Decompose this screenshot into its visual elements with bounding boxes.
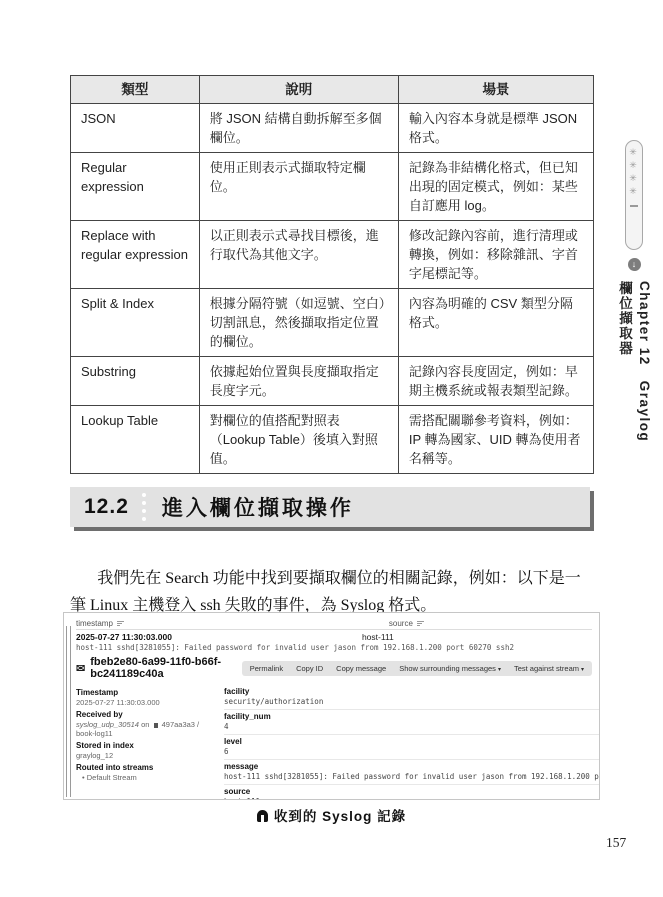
cell-type: Replace with regular expression: [71, 221, 200, 289]
cell-desc: 根據分隔符號（如逗號、空白）切割訊息，然後擷取指定位置的欄位。: [199, 289, 398, 357]
result-column-header: timestamp source: [76, 613, 592, 629]
meta-index-label: Stored in index: [76, 741, 216, 750]
message-fields-list: facility security/authorization facility…: [224, 685, 600, 800]
copy-id-button[interactable]: Copy ID: [296, 664, 323, 673]
cell-scene: 輸入內容本身就是標準 JSON 格式。: [398, 104, 593, 153]
cell-scene: 記錄為非結構化格式，但已知出現的固定模式，例如：某些自訂應用 log。: [398, 153, 593, 221]
field-row: facility security/authorization: [224, 685, 600, 710]
field-value: host-111 sshd[3281055]: Failed password …: [224, 772, 600, 781]
figure-caption: 收到的 Syslog 記錄: [63, 805, 600, 825]
field-value: host-111: [224, 797, 600, 800]
section-number: 12.2: [84, 495, 129, 519]
message-actions-group: Permalink Copy ID Copy message Show surr…: [242, 661, 592, 676]
page-number: 157: [606, 835, 626, 851]
cell-type: Regular expression: [71, 153, 200, 221]
cell-desc: 依據起始位置與長度擷取指定長度字元。: [199, 357, 398, 406]
message-id: fbeb2e80-6a99-11f0-b66f-bc241189c40a: [90, 656, 242, 680]
stream-list-item[interactable]: • Default Stream: [76, 773, 216, 782]
test-against-stream-dropdown[interactable]: Test against stream▾: [514, 664, 584, 673]
field-value: 6: [224, 747, 600, 756]
cell-type: Lookup Table: [71, 406, 200, 474]
graylog-screenshot: timestamp source 2025-07-27 11:30:03.000…: [63, 612, 600, 800]
figure-caption-text: 收到的 Syslog 記錄: [274, 809, 406, 824]
sort-icon[interactable]: [417, 620, 424, 626]
show-surrounding-messages-dropdown[interactable]: Show surrounding messages▾: [399, 664, 501, 673]
field-row: facility_num 4: [224, 710, 600, 735]
message-summary: host-111 sshd[3281055]: Failed password …: [76, 643, 592, 652]
field-row: source host-111: [224, 785, 600, 800]
table-row: Lookup Table 對欄位的值搭配對照表（Lookup Table）後填入…: [71, 406, 594, 474]
source-column-label[interactable]: source: [389, 619, 413, 628]
message-timestamp: 2025-07-27 11:30:03.000: [76, 632, 172, 642]
field-row: message host-111 sshd[3281055]: Failed p…: [224, 760, 600, 785]
cell-scene: 記錄內容長度固定，例如：早期主機系統或報表類型記錄。: [398, 357, 593, 406]
field-value: 4: [224, 722, 600, 731]
stream-name: Default Stream: [87, 773, 137, 782]
table-row: JSON 將 JSON 結構自動拆解至多個欄位。 輸入內容本身就是標準 JSON…: [71, 104, 594, 153]
extractor-type-table: 類型 說明 場景 JSON 將 JSON 結構自動拆解至多個欄位。 輸入內容本身…: [70, 75, 594, 474]
meta-index-value: graylog_12: [76, 751, 216, 760]
message-accent-bar: [66, 626, 71, 797]
chapter-edge-tab: ✳✳✳✳ ↓ Chapter 12 Graylog 欄位擷取器: [617, 140, 651, 461]
sort-icon[interactable]: [117, 620, 124, 626]
message-source: host-111: [362, 632, 394, 642]
body-paragraph: 我們先在 Search 功能中找到要擷取欄位的相關記錄，例如：以下是一筆 Lin…: [70, 565, 596, 619]
down-arrow-icon: ↓: [628, 258, 641, 271]
node-icon: [154, 723, 158, 728]
table-header-row: 類型 說明 場景: [71, 76, 594, 104]
section-title: 進入欄位擷取操作: [162, 492, 354, 522]
meta-streams-label: Routed into streams: [76, 763, 216, 772]
meta-timestamp-label: Timestamp: [76, 688, 216, 697]
table-row: Regular expression 使用正則表示式擷取特定欄位。 記錄為非結構…: [71, 153, 594, 221]
meta-received-label: Received by: [76, 710, 216, 719]
cell-type: JSON: [71, 104, 200, 153]
permalink-button[interactable]: Permalink: [250, 664, 283, 673]
copy-message-button[interactable]: Copy message: [336, 664, 386, 673]
field-name: source: [224, 787, 600, 796]
field-name: message: [224, 762, 600, 771]
cell-scene: 修改記錄內容前，進行清理或轉換，例如：移除雜訊、字首字尾標記等。: [398, 221, 593, 289]
cell-desc: 使用正則表示式擷取特定欄位。: [199, 153, 398, 221]
timestamp-column-label[interactable]: timestamp: [76, 619, 113, 628]
figure-caption-icon: [257, 810, 268, 822]
chapter-tab-pill: ✳✳✳✳: [625, 140, 643, 250]
table-row: Substring 依據起始位置與長度擷取指定長度字元。 記錄內容長度固定，例如…: [71, 357, 594, 406]
column-header-desc: 說明: [199, 76, 398, 104]
field-name: facility: [224, 687, 600, 696]
decoration-stars: ✳✳✳✳: [629, 148, 639, 200]
field-name: level: [224, 737, 600, 746]
cell-scene: 內容為明確的 CSV 類型分隔格式。: [398, 289, 593, 357]
field-row: level 6: [224, 735, 600, 760]
cell-desc: 以正則表示式尋找目標後，進行取代為其他文字。: [199, 221, 398, 289]
meta-timestamp-value: 2025-07-27 11:30:03.000: [76, 698, 216, 707]
column-header-type: 類型: [71, 76, 200, 104]
table-row: Replace with regular expression 以正則表示式尋找…: [71, 221, 594, 289]
caret-down-icon: ▾: [498, 667, 501, 673]
meta-received-value: syslog_udp_30514 on 497aa3a3 / book-log1…: [76, 720, 216, 738]
cell-desc: 將 JSON 結構自動拆解至多個欄位。: [199, 104, 398, 153]
decoration-dash: [630, 205, 638, 207]
bullet-icon: •: [82, 773, 85, 782]
message-row[interactable]: 2025-07-27 11:30:03.000 host-111 host-11…: [76, 629, 592, 652]
section-separator: [142, 493, 146, 521]
chapter-title-vertical: Chapter 12 Graylog 欄位擷取器: [614, 281, 654, 461]
cell-type: Split & Index: [71, 289, 200, 357]
table-row: Split & Index 根據分隔符號（如逗號、空白）切割訊息，然後擷取指定位…: [71, 289, 594, 357]
cell-desc: 對欄位的值搭配對照表（Lookup Table）後填入對照值。: [199, 406, 398, 474]
field-value: security/authorization: [224, 697, 600, 706]
caret-down-icon: ▾: [581, 667, 584, 673]
cell-type: Substring: [71, 357, 200, 406]
message-meta-sidebar: Timestamp 2025-07-27 11:30:03.000 Receiv…: [76, 685, 224, 800]
column-header-scene: 場景: [398, 76, 593, 104]
section-heading: 12.2 進入欄位擷取操作: [70, 487, 590, 527]
message-detail-header: ✉ fbeb2e80-6a99-11f0-b66f-bc241189c40a P…: [76, 656, 592, 680]
cell-scene: 需搭配關聯參考資料，例如：IP 轉為國家、UID 轉為使用者名稱等。: [398, 406, 593, 474]
input-name[interactable]: syslog_udp_30514: [76, 720, 139, 729]
envelope-icon: ✉: [76, 662, 85, 675]
book-page: 類型 說明 場景 JSON 將 JSON 結構自動拆解至多個欄位。 輸入內容本身…: [0, 0, 663, 897]
field-name: facility_num: [224, 712, 600, 721]
